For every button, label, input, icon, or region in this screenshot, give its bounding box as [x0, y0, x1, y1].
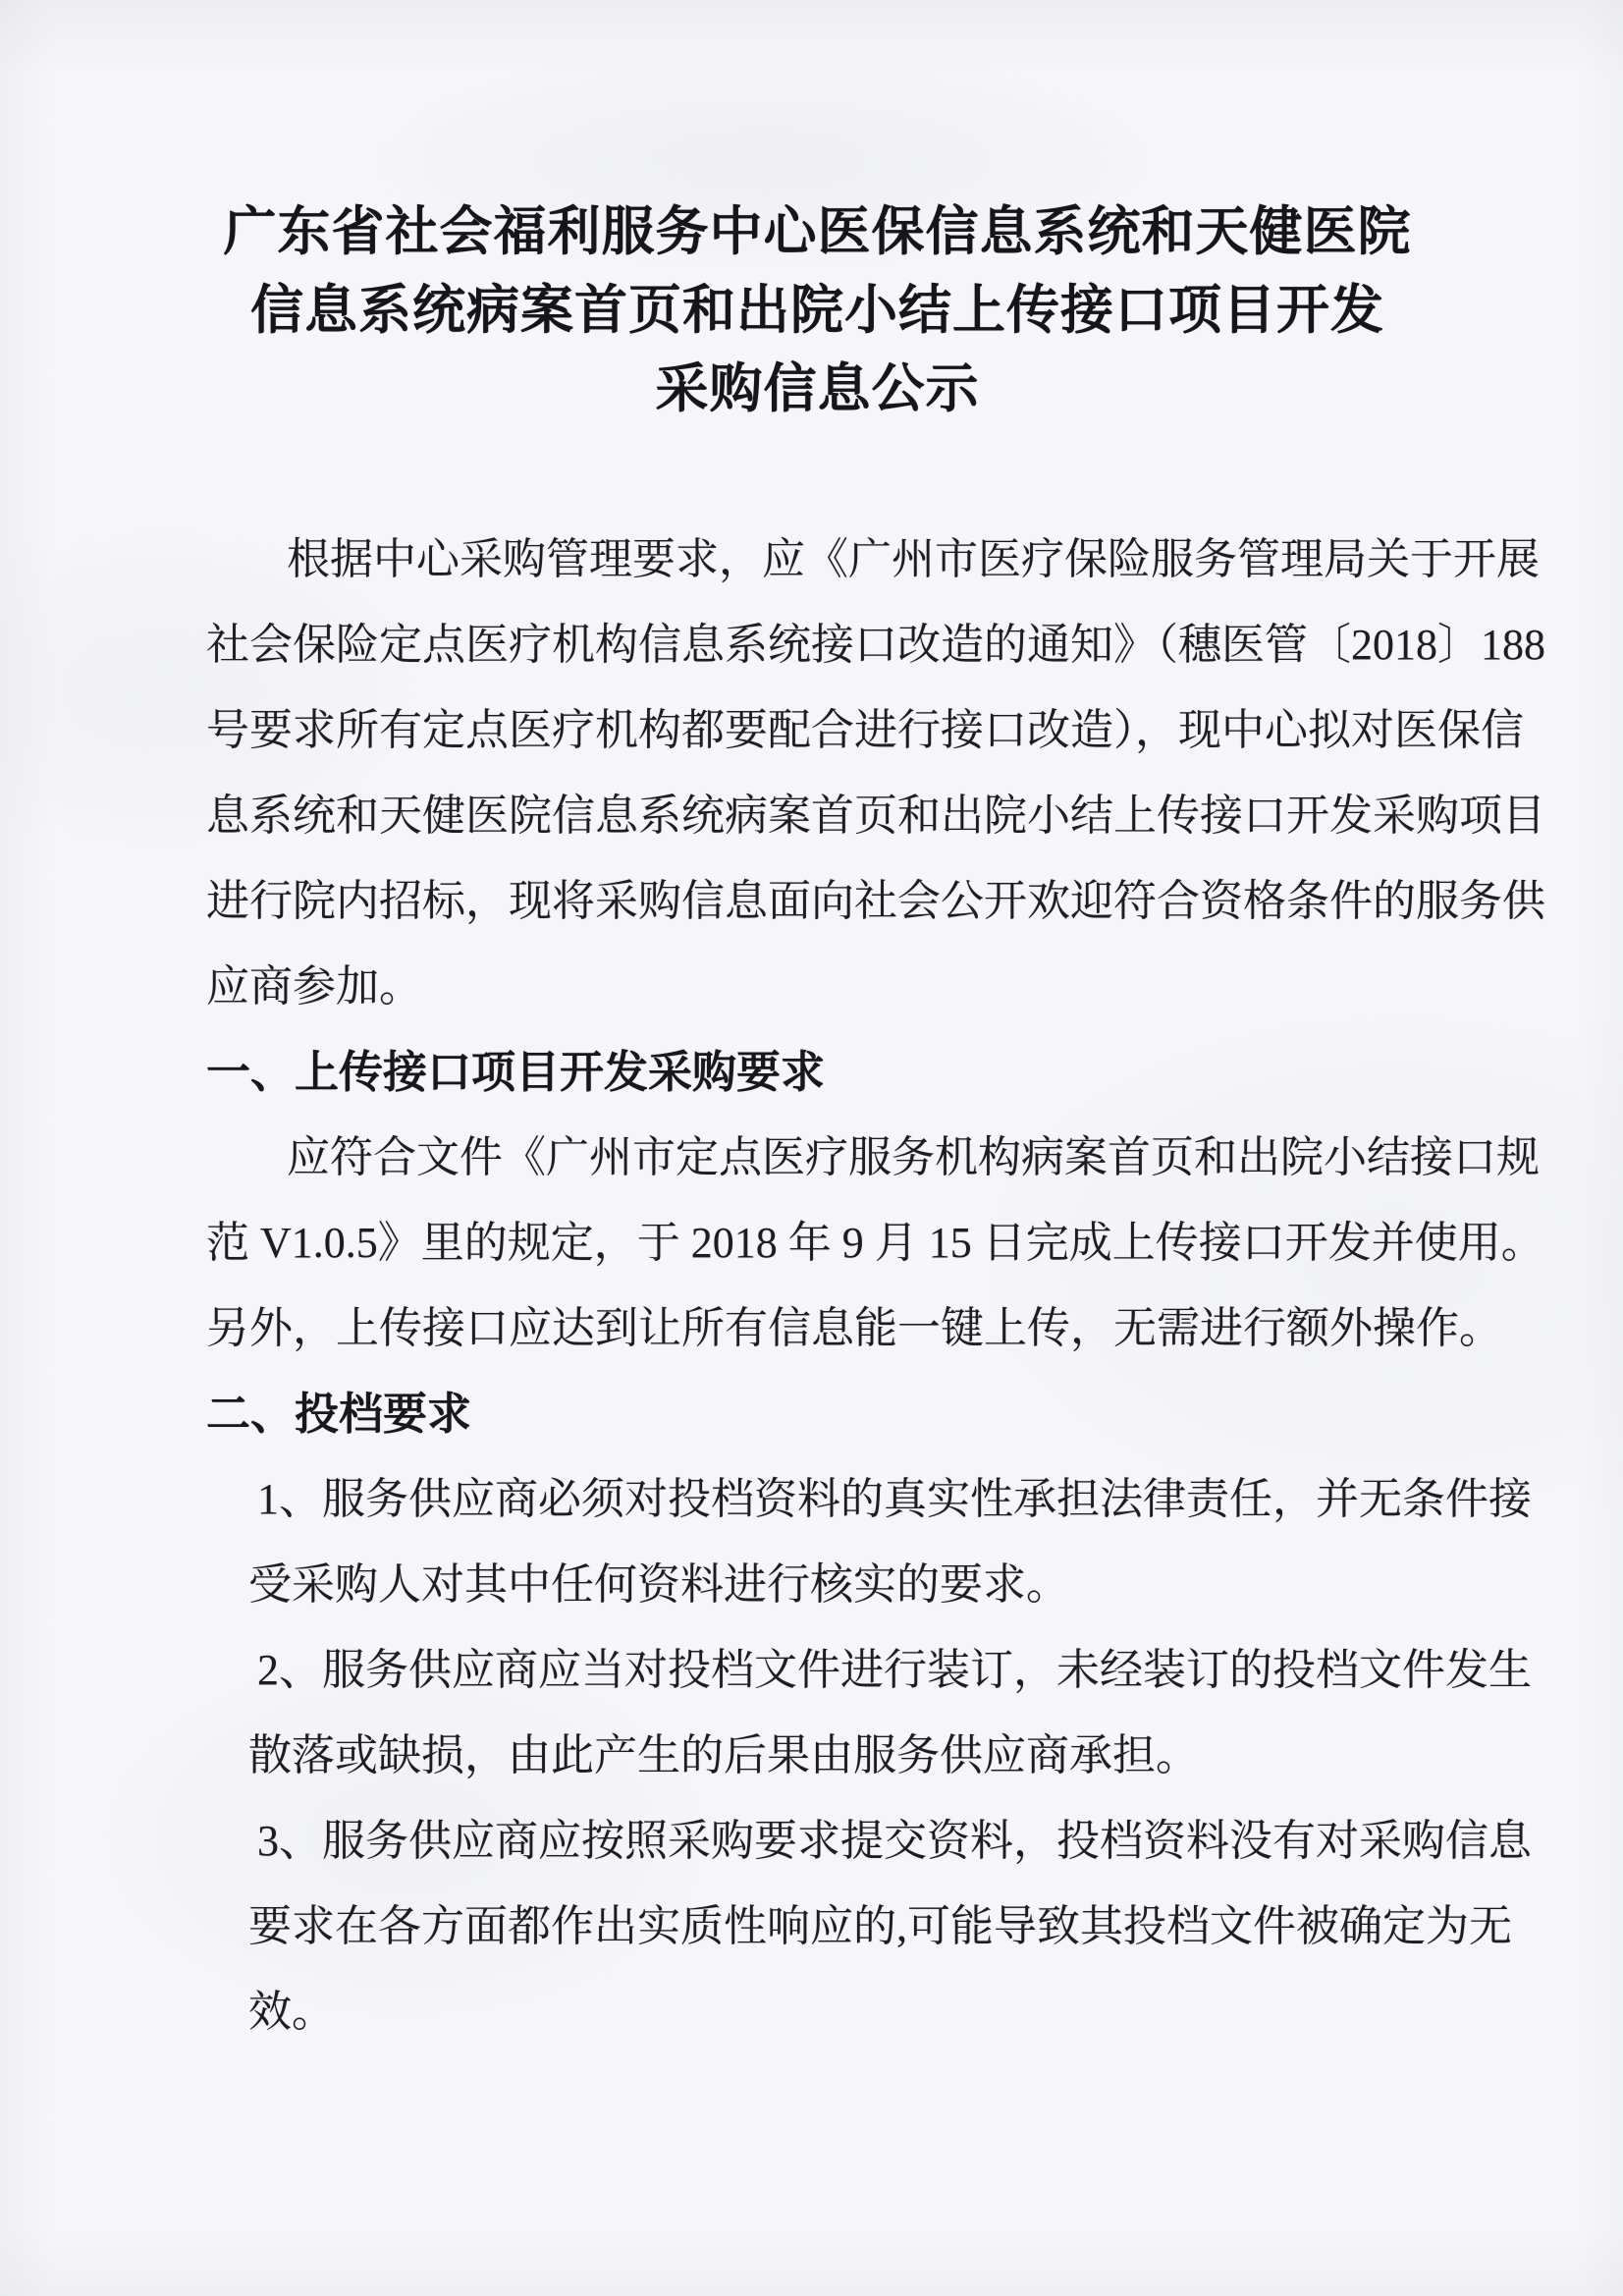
intro-line-4: 息系统和天健医院信息系统病案首页和出院小结上传接口开发采购项目: [206, 773, 1429, 858]
section-1-line-1: 应符合文件《广州市定点医疗服务机构病案首页和出院小结接口规: [206, 1115, 1429, 1200]
list-item-3-line-2: 要求在各方面都作出实质性响应的,可能导致其投档文件被确定为无: [248, 1884, 1429, 1969]
list-item-1-line-2: 受采购人对其中任何资料进行核实的要求。: [248, 1542, 1429, 1627]
title-line-1: 广东省社会福利服务中心医保信息系统和天健医院: [206, 192, 1429, 271]
intro-line-3: 号要求所有定点医疗机构都要配合进行接口改造），现中心拟对医保信: [206, 687, 1429, 773]
intro-line-2: 社会保险定点医疗机构信息系统接口改造的通知》（穗医管〔2018〕188: [206, 602, 1429, 687]
requirements-list: 1、服务供应商必须对投档资料的真实性承担法律责任，并无条件接 受采购人对其中任何…: [206, 1456, 1429, 2054]
intro-line-5: 进行院内招标，现将采购信息面向社会公开欢迎符合资格条件的服务供: [206, 858, 1429, 944]
list-item-1-line-1: 1、服务供应商必须对投档资料的真实性承担法律责任，并无条件接: [248, 1456, 1429, 1542]
section-1-line-3: 另外，上传接口应达到让所有信息能一键上传，无需进行额外操作。: [206, 1285, 1429, 1371]
document-body: 广东省社会福利服务中心医保信息系统和天健医院 信息系统病案首页和出院小结上传接口…: [206, 0, 1429, 2054]
section-1-paragraph: 应符合文件《广州市定点医疗服务机构病案首页和出院小结接口规 范 V1.0.5》里…: [206, 1115, 1429, 1371]
title-line-2: 信息系统病案首页和出院小结上传接口项目开发: [206, 271, 1429, 350]
scanned-document-page: 广东省社会福利服务中心医保信息系统和天健医院 信息系统病案首页和出院小结上传接口…: [0, 0, 1623, 2296]
list-item-3-line-1: 3、服务供应商应按照采购要求提交资料，投档资料没有对采购信息: [248, 1798, 1429, 1884]
section-1-line-2: 范 V1.0.5》里的规定，于 2018 年 9 月 15 日完成上传接口开发并…: [206, 1200, 1429, 1285]
list-item-3-line-3: 效。: [248, 1969, 1429, 2054]
list-item-2: 2、服务供应商应当对投档文件进行装订，未经装订的投档文件发生 散落或缺损，由此产…: [248, 1627, 1429, 1798]
list-item-2-line-2: 散落或缺损，由此产生的后果由服务供应商承担。: [248, 1713, 1429, 1798]
list-item-2-line-1: 2、服务供应商应当对投档文件进行装订，未经装订的投档文件发生: [248, 1627, 1429, 1713]
section-2-heading: 二、投档要求: [206, 1371, 1429, 1456]
intro-line-6: 应商参加。: [206, 944, 1429, 1029]
document-title: 广东省社会福利服务中心医保信息系统和天健医院 信息系统病案首页和出院小结上传接口…: [206, 192, 1429, 428]
list-item-1: 1、服务供应商必须对投档资料的真实性承担法律责任，并无条件接 受采购人对其中任何…: [248, 1456, 1429, 1627]
intro-paragraph: 根据中心采购管理要求，应《广州市医疗保险服务管理局关于开展 社会保险定点医疗机构…: [206, 517, 1429, 1029]
list-item-3: 3、服务供应商应按照采购要求提交资料，投档资料没有对采购信息 要求在各方面都作出…: [248, 1798, 1429, 2054]
section-1-heading: 一、上传接口项目开发采购要求: [206, 1029, 1429, 1115]
intro-line-1: 根据中心采购管理要求，应《广州市医疗保险服务管理局关于开展: [206, 517, 1429, 602]
title-line-3: 采购信息公示: [206, 350, 1429, 428]
